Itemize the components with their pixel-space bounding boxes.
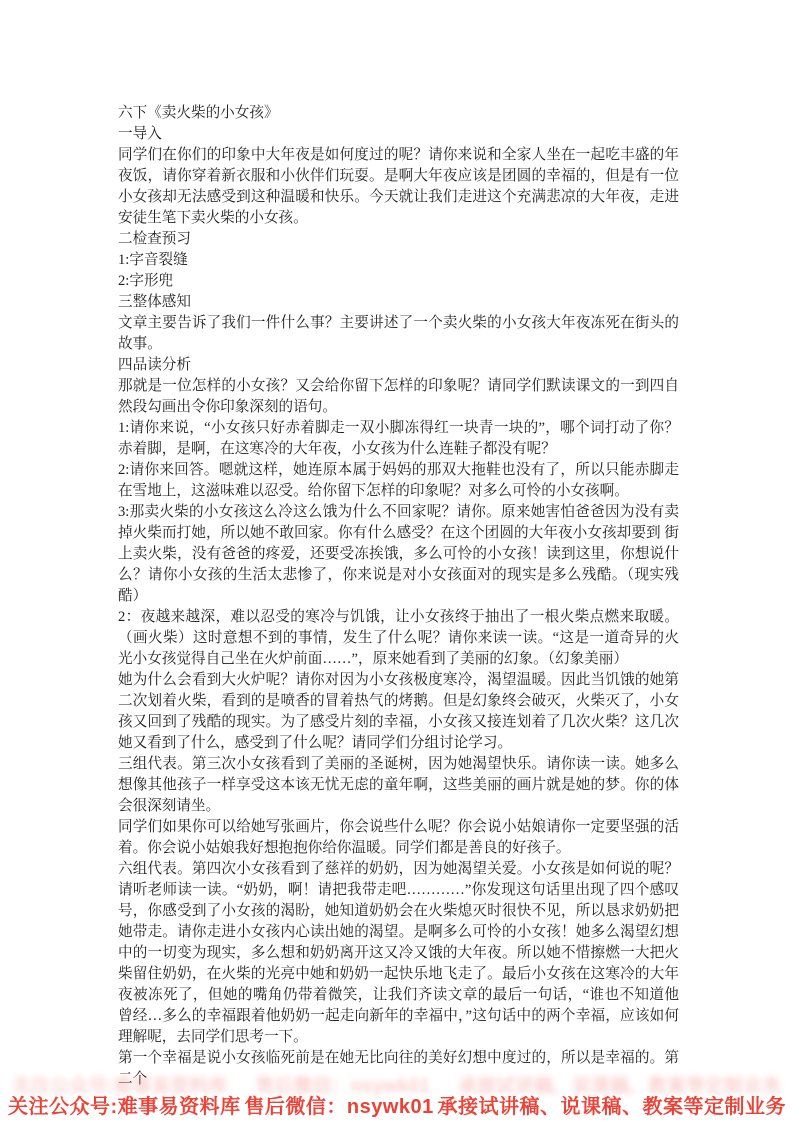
paragraph: 四品读分析	[118, 355, 679, 376]
paragraph: 同学们在你们的印象中大年夜是如何度过的呢？请你来说和全家人坐在一起吃丰盛的年夜饭…	[118, 145, 679, 229]
paragraph: 3:那卖火柴的小女孩这么冷这么饿为什么不回家呢？请你。原来她害怕爸爸因为没有卖掉…	[118, 502, 679, 607]
footer-banner: 关注公众号:难事易资料库 售后微信：nsywk01 承接试讲稿、说课稿、教案等定…	[8, 1090, 786, 1119]
paragraph: 三整体感知	[118, 292, 679, 313]
paragraph: 1:请你来说，“小女孩只好赤着脚走一双小脚冻得红一块青一块的”，哪个词打动了你？…	[118, 418, 679, 460]
paragraph: 她为什么会看到大火炉呢？请你对因为小女孩极度寒冷，渴望温暖。因此当饥饿的她第二次…	[118, 670, 679, 754]
paragraph: 2：夜越来越深，难以忍受的寒冷与饥饿，让小女孩终于抽出了一根火柴点燃来取暖。（画…	[118, 607, 679, 670]
paragraph: 同学们如果你可以给她写张画片，你会说些什么呢？你会说小姑娘请你一定要坚强的活着。…	[118, 817, 679, 859]
paragraph: 那就是一位怎样的小女孩？又会给你留下怎样的印象呢？请同学们默读课文的一到四自然段…	[118, 376, 679, 418]
paragraph: 1:字音裂缝	[118, 250, 679, 271]
paragraph: 六组代表。第四次小女孩看到了慈祥的奶奶，因为她渴望关爱。小女孩是如何说的呢？请听…	[118, 859, 679, 1048]
paragraph: 2:字形兜	[118, 271, 679, 292]
document-body: 六下《卖火柴的小女孩》 一导入 同学们在你们的印象中大年夜是如何度过的呢？请你来…	[118, 103, 679, 1090]
paragraph: 一导入	[118, 124, 679, 145]
paragraph: 第一个幸福是说小女孩临死前是在她无比向往的美好幻想中度过的，所以是幸福的。第二个	[118, 1048, 679, 1090]
paragraph: 三组代表。第三次小女孩看到了美丽的圣诞树，因为她渴望快乐。请你读一读。她多么想像…	[118, 754, 679, 817]
footer-wechat-contact: 售后微信：nsywk01	[244, 1090, 433, 1119]
document-title: 六下《卖火柴的小女孩》	[118, 103, 679, 124]
document-page: 六下《卖火柴的小女孩》 一导入 同学们在你们的印象中大年夜是如何度过的呢？请你来…	[0, 0, 793, 1122]
paragraph: 2:请你来回答。嗯就这样，她连原本属于妈妈的那双大拖鞋也没有了，所以只能赤脚走在…	[118, 460, 679, 502]
footer-public-account-label: 关注公众号:难事易资料库	[8, 1090, 241, 1119]
paragraph: 二检查预习	[118, 229, 679, 250]
footer-services-label: 承接试讲稿、说课稿、教案等定制业务	[438, 1090, 787, 1119]
paragraph: 文章主要告诉了我们一件什么事？主要讲述了一个卖火柴的小女孩大年夜冻死在街头的故事…	[118, 313, 679, 355]
